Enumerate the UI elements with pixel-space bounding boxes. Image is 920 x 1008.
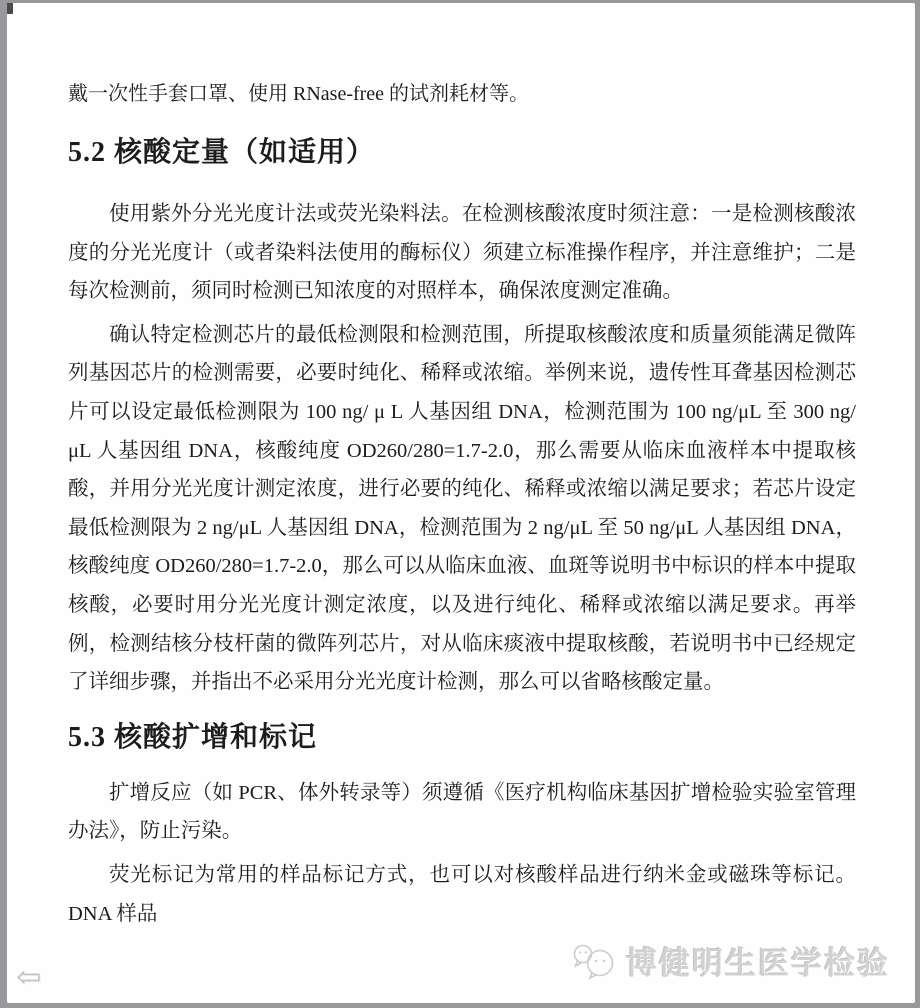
paragraph-amplification-labeling-2: 荧光标记为常用的样品标记方式，也可以对核酸样品进行纳米金或磁珠等标记。DNA 样… bbox=[68, 856, 856, 933]
paragraph-amplification-labeling-1: 扩增反应（如 PCR、体外转录等）须遵循《医疗机构临床基因扩增检验实验室管理办法… bbox=[68, 774, 856, 851]
section-heading-5-3: 5.3 核酸扩增和标记 bbox=[68, 718, 856, 758]
watermark-text: 博健明生医学检验 bbox=[626, 938, 890, 983]
page-back-arrow-icon: ⇦ bbox=[16, 963, 41, 993]
section-heading-5-2: 5.2 核酸定量（如适用） bbox=[68, 133, 856, 173]
scan-corner-artifact bbox=[7, 3, 13, 14]
document-content: 戴一次性手套口罩、使用 RNase-free 的试剂耗材等。 5.2 核酸定量（… bbox=[68, 3, 856, 938]
intro-paragraph: 戴一次性手套口罩、使用 RNase-free 的试剂耗材等。 bbox=[68, 79, 856, 109]
paragraph-nucleic-acid-quantification-2: 确认特定检测芯片的最低检测限和检测范围，所提取核酸浓度和质量须能满足微阵列基因芯… bbox=[68, 316, 856, 702]
paragraph-nucleic-acid-quantification-1: 使用紫外分光光度计法或荧光染料法。在检测核酸浓度时须注意：一是检测核酸浓度的分光… bbox=[68, 195, 856, 311]
wechat-bubbles-icon bbox=[572, 942, 618, 980]
watermark: 博健明生医学检验 bbox=[572, 938, 890, 983]
document-page: 戴一次性手套口罩、使用 RNase-free 的试剂耗材等。 5.2 核酸定量（… bbox=[7, 3, 915, 1003]
